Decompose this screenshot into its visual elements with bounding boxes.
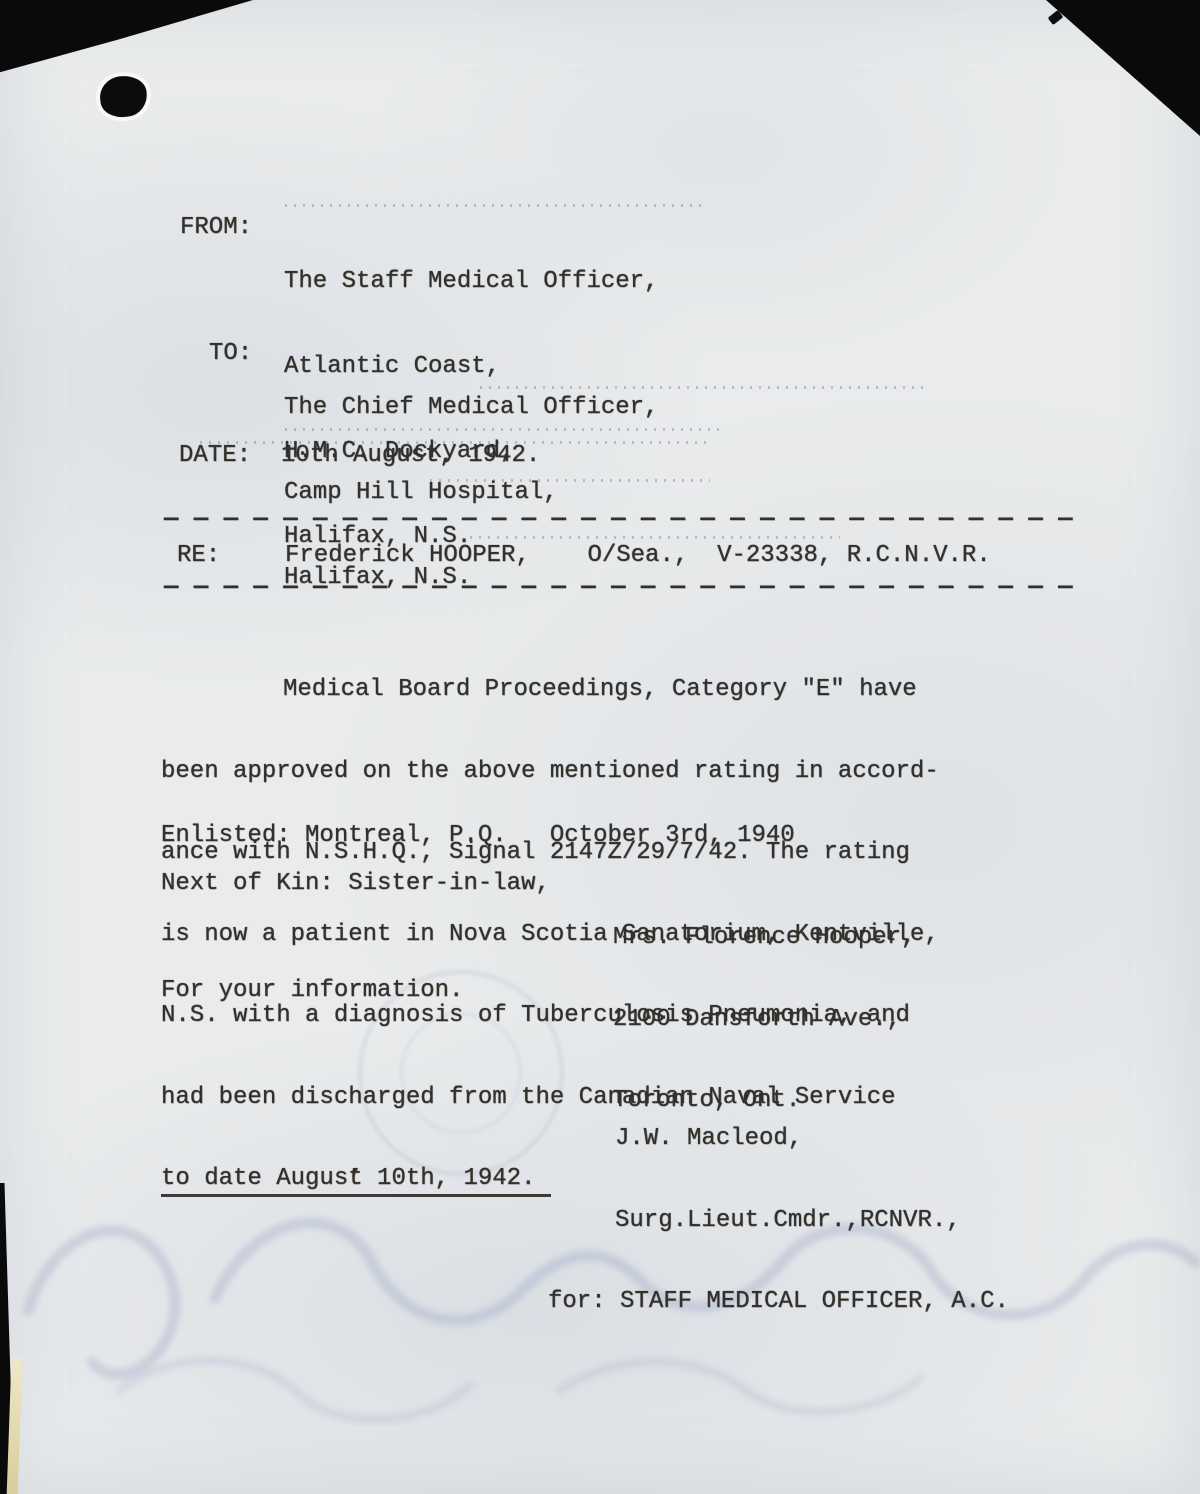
signatory-name: J.W. Macleod, — [615, 1125, 1009, 1153]
stray-ink-mark: , — [349, 1150, 365, 1180]
closing-line: For your information. — [161, 977, 463, 1004]
to-label: TO: — [209, 338, 252, 369]
re-subject: Frederick HOOPER, O/Sea., V-23338, R.C.N… — [285, 542, 991, 569]
next-of-kin-label: Next of Kin: Sister-in-law, — [161, 870, 550, 897]
from-label: FROM: — [180, 212, 252, 243]
next-of-kin-line: 2100 Dansforth Ave., — [613, 1006, 915, 1034]
to-address-line: The Chief Medical Officer, — [284, 392, 658, 423]
paragraph-line: Medical Board Proceedings, Category "E" … — [161, 676, 939, 704]
divider-dashes-bottom: — — — — — — — — — — — — — — — — — — — — … — [164, 576, 1073, 600]
date-label: DATE: — [179, 442, 251, 469]
date-value: 10th August, 1942. — [281, 442, 540, 469]
re-label: RE: — [177, 542, 220, 569]
next-of-kin-line: Mrs. Florence Hooper, — [613, 924, 915, 952]
paragraph-line: been approved on the above mentioned rat… — [161, 758, 939, 786]
divider-dashes-top: — — — — — — — — — — — — — — — — — — — — … — [164, 508, 1073, 532]
from-address-line: The Staff Medical Officer, — [284, 266, 658, 297]
scanned-document: FROM: The Staff Medical Officer, Atlanti… — [0, 0, 1200, 1494]
signatory-rank: Surg.Lieut.Cmdr.,RCNVR., — [615, 1207, 1009, 1235]
scan-artifact-dots — [285, 204, 705, 207]
enlisted-line: Enlisted: Montreal, P.Q. October 3rd, 19… — [161, 822, 795, 849]
to-address-line: Camp Hill Hospital, — [284, 477, 658, 508]
signature-block: J.W. Macleod, Surg.Lieut.Cmdr.,RCNVR., f… — [548, 1071, 1009, 1370]
signed-for-line: for: STAFF MEDICAL OFFICER, A.C. — [548, 1288, 1009, 1316]
